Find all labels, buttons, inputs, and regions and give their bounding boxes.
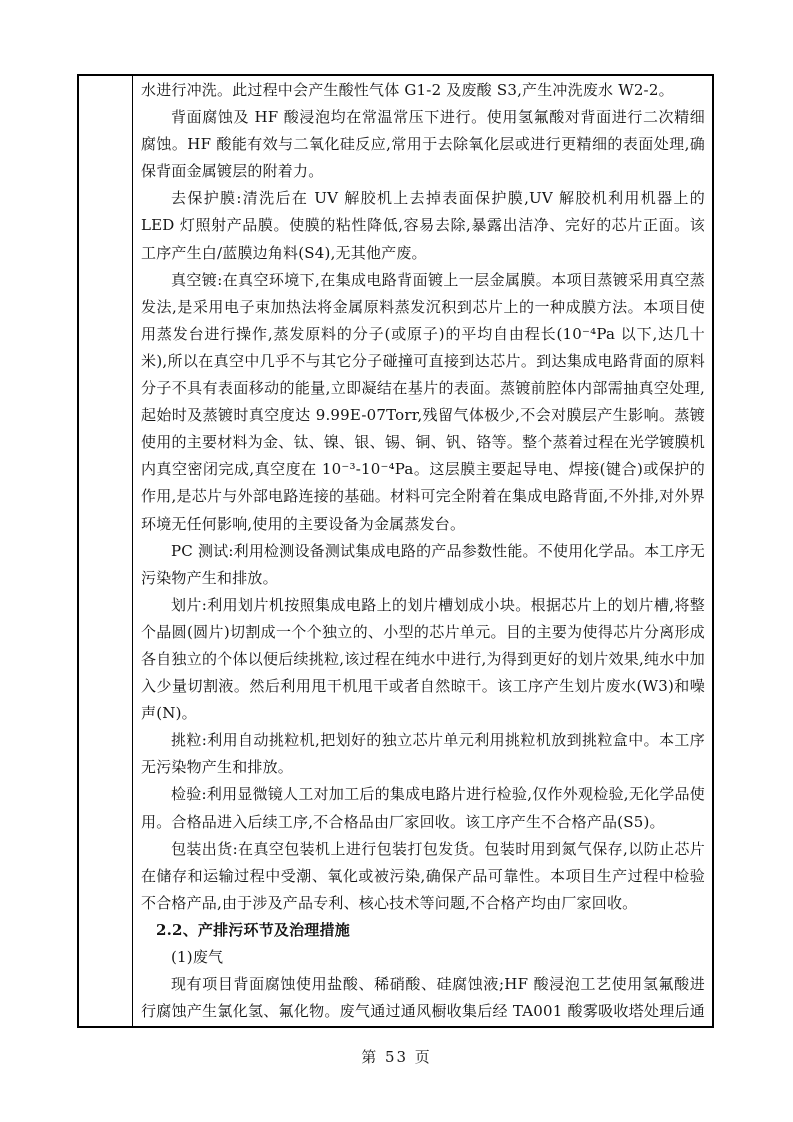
- paragraph: 2.2、产排污环节及治理措施: [141, 917, 705, 944]
- page-number: 第 53 页: [0, 1046, 793, 1067]
- process-description-table: 水进行冲洗。此过程中会产生酸性气体 G1-2 及废酸 S3,产生冲洗废水 W2-…: [77, 74, 714, 1028]
- paragraph: 现有项目背面腐蚀使用盐酸、稀硝酸、硅腐蚀液;HF 酸浸泡工艺使用氢氟酸进行腐蚀产…: [141, 971, 705, 1026]
- document-page: 水进行冲洗。此过程中会产生酸性气体 G1-2 及废酸 S3,产生冲洗废水 W2-…: [0, 0, 793, 1122]
- paragraph: 水进行冲洗。此过程中会产生酸性气体 G1-2 及废酸 S3,产生冲洗废水 W2-…: [141, 77, 705, 104]
- paragraph: 背面腐蚀及 HF 酸浸泡均在常温常压下进行。使用氢氟酸对背面进行二次精细腐蚀。H…: [141, 104, 705, 185]
- paragraph: PC 测试:利用检测设备测试集成电路的产品参数性能。不使用化学品。本工序无污染物…: [141, 538, 705, 592]
- paragraph: 挑粒:利用自动挑粒机,把划好的独立芯片单元利用挑粒机放到挑粒盒中。本工序无污染物…: [141, 727, 705, 781]
- paragraph: (1)废气: [141, 944, 705, 971]
- paragraph: 检验:利用显微镜人工对加工后的集成电路片进行检验,仅作外观检验,无化学品使用。合…: [141, 781, 705, 835]
- table-left-empty-column: [79, 76, 133, 1026]
- paragraph: 去保护膜:清洗后在 UV 解胶机上去掉表面保护膜,UV 解胶机利用机器上的 LE…: [141, 185, 705, 266]
- paragraph: 真空镀:在真空环境下,在集成电路背面镀上一层金属膜。本项目蒸镀采用真空蒸发法,是…: [141, 267, 705, 538]
- table-content-cell: 水进行冲洗。此过程中会产生酸性气体 G1-2 及废酸 S3,产生冲洗废水 W2-…: [133, 76, 712, 1026]
- paragraph: 包装出货:在真空包装机上进行包装打包发货。包装时用到氮气保存,以防止芯片在储存和…: [141, 836, 705, 917]
- paragraph: 划片:利用划片机按照集成电路上的划片槽划成小块。根据芯片上的划片槽,将整个晶圆(…: [141, 592, 705, 727]
